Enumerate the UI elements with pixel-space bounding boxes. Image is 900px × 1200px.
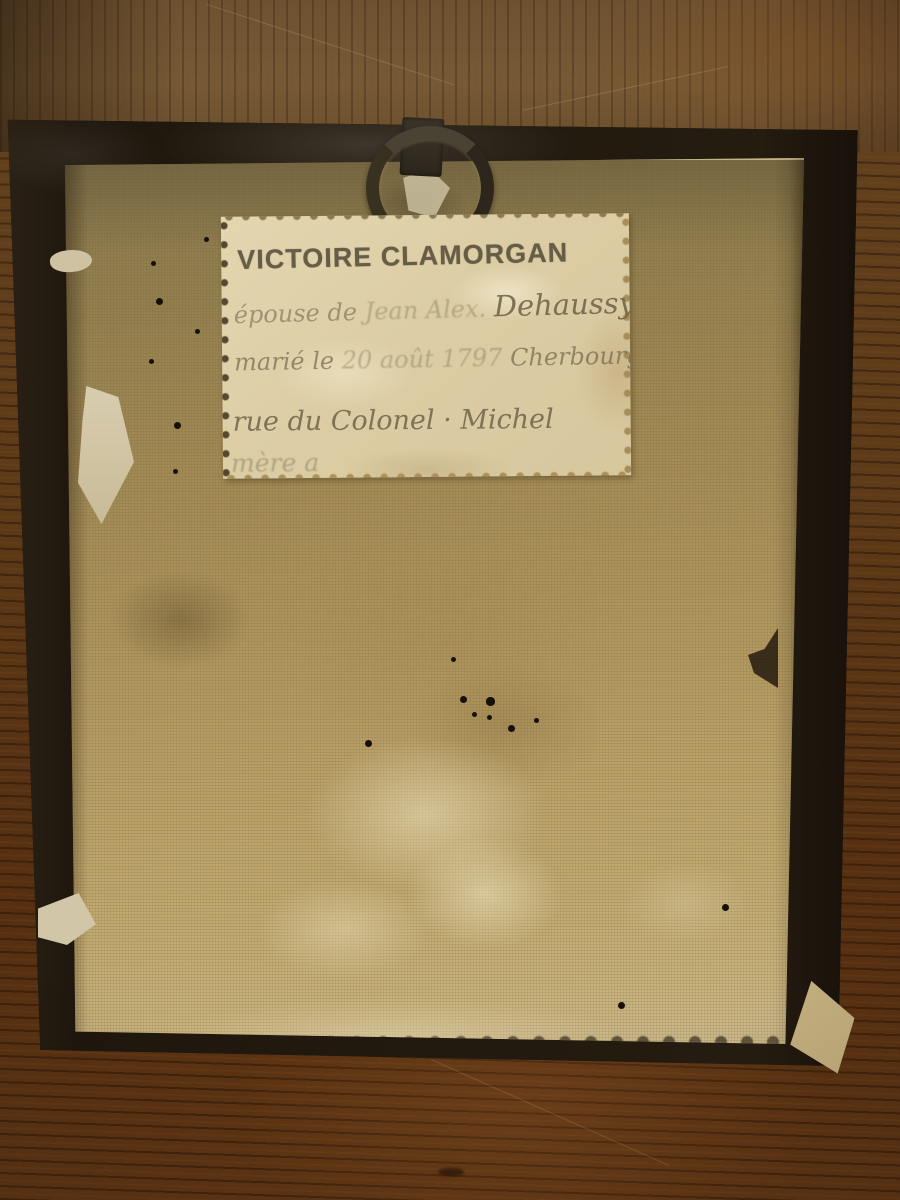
label-line-3: marié le 20 août 1797 Cherbourg [234,341,631,376]
photo-frame-back-scene: VICTOIRE CLAMORGAN épouse de Jean Alex. … [0,0,900,1200]
label-line-2b: Jean Alex. [364,295,486,326]
label-line-2a: épouse de [233,298,357,329]
label-line-4: rue du Colonel · Michel [233,404,554,438]
handwritten-label: VICTOIRE CLAMORGAN épouse de Jean Alex. … [221,213,631,479]
label-line-5: mère a [231,448,319,478]
label-line-2c: Dehaussy [493,286,631,324]
label-line-3c: Cherbourg [510,341,631,371]
ink-specks [0,0,3,3]
wood-knot [438,1168,464,1176]
label-title-text: VICTOIRE CLAMORGAN [237,237,569,276]
label-line-3a: marié le [234,347,334,377]
label-line-3b: 20 août 1797 [341,344,502,375]
label-perforation-left [221,217,232,479]
label-line-2: épouse de Jean Alex. Dehaussy [233,286,631,330]
